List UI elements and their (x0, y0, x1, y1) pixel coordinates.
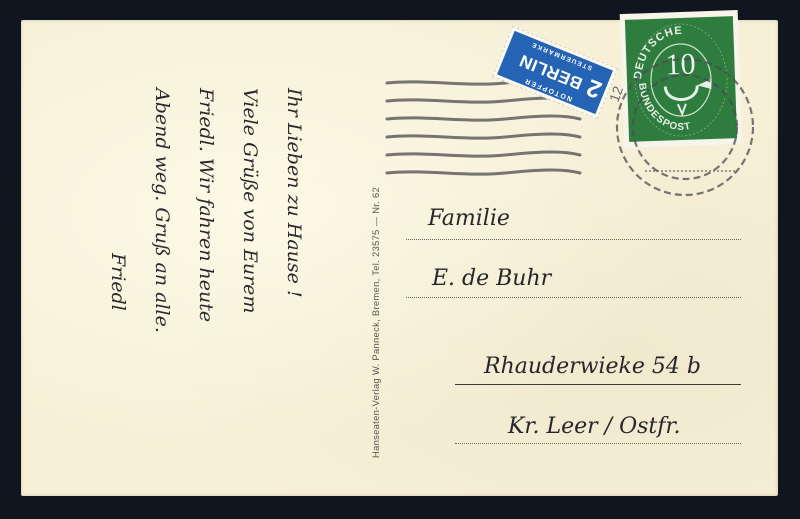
address-rule (455, 384, 741, 385)
address-line-4: Kr. Leer / Ostfr. (508, 414, 681, 439)
message-line: Viele Grüße von Eurem (228, 88, 272, 333)
message-line: Friedl. Wir fahren heute (184, 88, 228, 333)
publisher-imprint: Hanseaten-Verlag W. Panneck, Bremen, Tel… (371, 187, 381, 458)
message-line: Ihr Lieben zu Hause ! (272, 88, 316, 333)
address-line-3: Rhauderwieke 54 b (484, 354, 701, 379)
svg-text:12: 12 (606, 84, 626, 104)
message-line: Abend weg. Gruß an alle. (140, 88, 184, 333)
address-line-1: Familie (428, 206, 510, 231)
message-signature: Friedl (96, 88, 140, 333)
address-rule (406, 239, 741, 240)
handwritten-message: Ihr Lieben zu Hause ! Viele Grüße von Eu… (96, 88, 316, 333)
address-rule (406, 297, 741, 298)
address-rule (455, 443, 741, 444)
postmark: 12 (600, 55, 770, 215)
address-line-2: E. de Buhr (432, 266, 551, 291)
